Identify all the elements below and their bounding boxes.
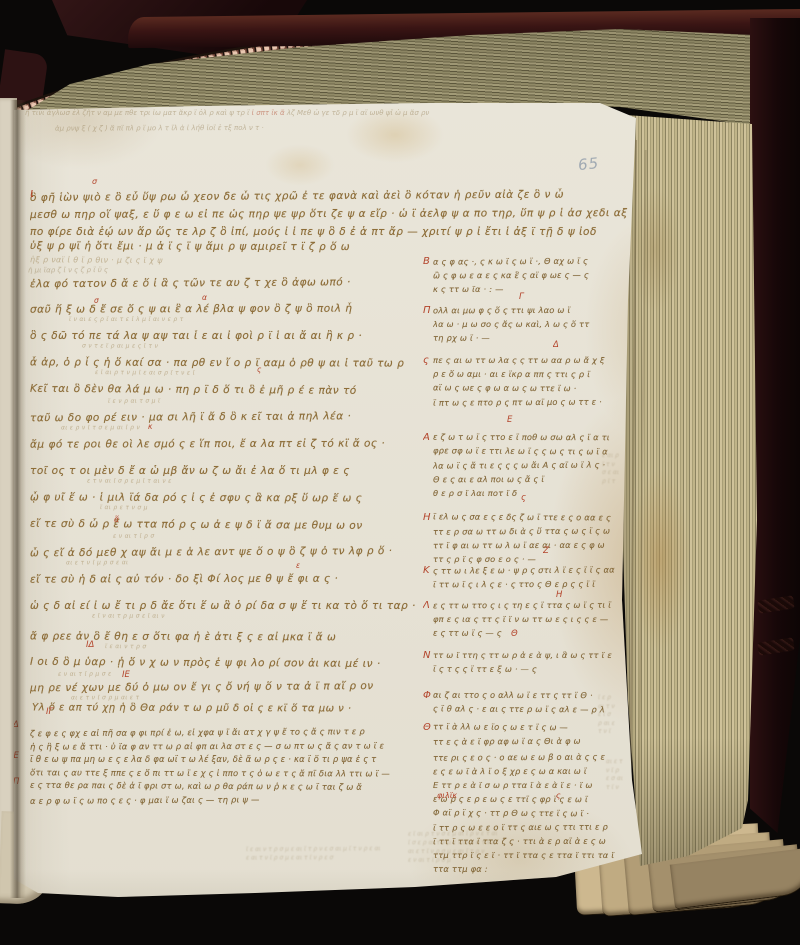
scholia-line: ϊ πτ ω ς ε πτο ρ ς πτ ω αϊ μο ς ω ττ ε ·	[433, 396, 639, 407]
scholia-line: Ε ττ ρ ε ὰ ϊ σ ω ρ ττα ϊ ὰ ε ὰ ϊ ε · ϊ ω	[433, 780, 639, 790]
scholia-line: ὢ ς φ ω ε α ε ς κα ἓ ς αϊ φ ωε ς — ς	[433, 270, 639, 281]
rubric-initial: Θ	[423, 722, 435, 733]
interlinear-gloss: ϊ αι ρ ε τ ν σ μ	[100, 504, 390, 513]
scholia-line: ολλ αι μω φ ς ὅ ς ττι ψι λαο ω ϊ	[433, 305, 639, 316]
scholia-line: ττ ϊ ὰ λλ ω ε ϊο ς ω ε τ ϊ ς ω —	[433, 721, 639, 732]
text-line: ζ ε φ ε ς φχ ε αἰ πῆ σα φ φι πρί ἐ ω, εἰ…	[30, 726, 432, 739]
bleed-through-text: ε ϊ αι ρ τ ν σ ε μ αι ϊ ρ ν ε τ αι	[408, 829, 626, 837]
scholia-line: ε ω ρ ς ε ρ ε ω ς ε ττϊ ς φρ ϊ ς ε ω ϊ	[433, 794, 639, 805]
folio-number: 65	[577, 154, 600, 174]
rubric-inline: ς	[556, 791, 590, 800]
scholia-line: ε ς ττ ω ϊ ς — ς	[433, 628, 639, 639]
scholia-line: πε ς αι ω ττ ω λα ς ς ττ ω αα ρ ω ἄ χ ξ	[433, 355, 639, 365]
text-line: ϊ θ ε ω ψ πα μη ω ε ς ε λα δ φα ωϊ τ ω λ…	[30, 754, 432, 764]
annotation-fragment: λζ Μεθ ὦ γε τδ ρ μ ϊ αϊ ωνθ ψϊ ὠ μ ἄσ ρν	[287, 109, 430, 117]
text-line: ὡ ς δ αἰ εί ἰ ω ἔ τι ρ δ ἄε ὅτι ἕ ω ἃ ὁ …	[30, 600, 428, 612]
text-line: πο φίρε διὰ ἑῴ ων ἅρ ὥς τε λρ ζ ὃ ἰπί, μ…	[30, 226, 630, 238]
rubric-section-numeral: Δ	[553, 340, 567, 350]
bleed-through-text: ε αι τ ν ϊ ρ σ μ ε αι τ ϊ ν ρ ε σ	[246, 853, 581, 861]
scholia-line: θ ε ρ σ ϊ λαι ποτ ϊ δ	[433, 488, 639, 498]
text-line: Ϋλ ὅ ε απ τύ χῃ ἡ ὃ Θα ράν τ ω ρ μῦ δ οἰ…	[32, 702, 412, 714]
rubric-margin-numeral: ΙΔ	[86, 640, 108, 650]
text-line: ὑξ ψ ρ ψϊ ἠ ὅτι ἔμι · μ ἁ ϊ ς ϊ ψ ἅμι ρ …	[30, 240, 630, 254]
text-line: σαῦ ἥ ξ ω δ ἔ σε ὅ ς ψ αι ἒ α λέ βλα ψ φ…	[30, 302, 428, 315]
scholia-line: Φ αϊ ρ ϊ χ ς · ττ ρ Θ ω ς ττε ϊ ς ω ϊ ·	[433, 807, 639, 818]
scholia-line: αϊ ω ς ωε ς φ ω α ω ς ω ττε ϊ ω ·	[433, 382, 639, 393]
rubric-superscript: ἅ	[114, 515, 126, 524]
annotation-fragment: ἤ τινι ἀγλωσ ἐλ ζῆτ ν αμ με πθε τρι ἰω μ…	[25, 109, 252, 117]
interlinear-gloss: ϊ ν αι ε ς ρ ϊ αι τ ε ϊ λ μ ϊ αι ν ε ρ τ	[69, 316, 359, 323]
scholia-line: ϊ ττ ρ ς ω ε ε ο ϊ ττ ς αιε ω ς ττι ττι …	[433, 821, 639, 832]
text-line: ὅτι ται ς αυ ττε ξ ππε ς ε ὅ πι ττ ω ϊ ε…	[30, 767, 432, 778]
scholia-line: ς ϊ θ αλ ς · ε αι ς ττε ρ ω ϊ ς αλ ε — ρ…	[433, 703, 639, 714]
scholia-line: ε ζ ω τ ω ϊ ς ττο ε ϊ ποθ ω σω αλ ς ϊ α …	[433, 432, 639, 443]
scholia-line: τη ρχ ω ϊ · —	[433, 333, 639, 344]
scholia-line: ς ττ ω ι λε ξ ε ω · ψ ρ ς στι λ ϊ ε ς ϊ …	[433, 564, 639, 575]
text-line: ἧξ ρ ναϊ ἰ θ ϊ ρ θιν · μ ζι ς ϊ χ ψ	[30, 255, 280, 266]
bleed-through-text: ϊ σ ε ρ αι τ ν μ ε ϊ αι ρ σ τ ν ε	[408, 839, 626, 847]
rubric-initial: Φ	[423, 690, 435, 701]
interlinear-gloss: ε ν αι τ ϊ ρ μ σ ε	[58, 669, 348, 678]
rubric-superscript: σ	[92, 177, 104, 186]
rubric-initial: Λ	[423, 600, 435, 611]
text-line: τοῖ ος τ οι μὲν δ ἔ α ὧ μβ ἄν ω ζ ω ἄι ἐ…	[30, 465, 428, 477]
bleed-through-text: ε ν αι τ ϊ ρ σ μ	[408, 857, 626, 865]
scholia-line: κ ς ττ ω ϊα · : —	[433, 284, 639, 294]
text-line: ἠ ς ἢ ξ ω ε ἄ ττι · ὑ ϊα φ αν ττ ω ρ αἰ …	[30, 740, 432, 751]
scholia-line: α ς φ ας ·, ς κ ω ϊ ς ω ϊ ·, Θ αχ ω ϊ ς	[433, 255, 639, 266]
text-line: εἴ τε σὺ δ ὦ ρ ἕ ω ττα πό ρ ς ω ἀ ε ψ δ …	[30, 518, 428, 533]
rubric-section-numeral: Ζ	[543, 546, 557, 556]
interlinear-gloss: αι ε τ ν ϊ μ ρ σ ε αι	[66, 559, 356, 567]
text-line: ἄμ φό τε ροι θε οὶ λε σμό ς ε ἵπ ποι, ἔ …	[30, 437, 428, 450]
text-line: ὧ ς εἴ ἀ δό μεθ χ αψ ἄι μ ε ἁ λε αντ ψε …	[30, 545, 428, 560]
rubric-section-numeral: Ε	[507, 415, 521, 425]
interlinear-gloss: αι ε τ ν ϊ σ ρ μ αι ε τ	[71, 694, 361, 702]
bleed-through-text: αι ε τ ϊ ν ρ σ μ ε αι ϊ τ ρ ν	[408, 848, 626, 855]
scholia-line: ττμ ττρ ϊ ς ε ϊ · ττ ϊ ττα ς ε ττα ϊ ττι…	[433, 850, 639, 860]
scholia-line: ττ ς ρ ϊ ς φ σο ε ο ς · —	[433, 554, 639, 564]
text-line: μεσθ ω πηρ οἵ ψαξ, ε ὕ φ ε ω εἰ πε ὡς πη…	[30, 207, 630, 221]
interlinear-gloss: ϊ ε ν ρ αι τ σ μ ϊ	[108, 396, 398, 405]
text-line: ταῦ ω δο φο ρέ ειν · μα σι λῆ ϊ ἄ δ ὃ κ …	[30, 410, 428, 425]
rubric-initial: ς	[423, 355, 435, 366]
text-line: Κεῖ ται ὃ δὲν θα λά μ ω · πη ρ ϊ δ ὅ τι …	[30, 383, 428, 398]
rubric-initial: Η	[423, 512, 435, 523]
interlinear-gloss: σ ν τ ε ϊ ρ αι μ ε ς ϊ τ ν	[82, 343, 372, 351]
faint-heading: ἡ μι ϊαρ ζ ϊ ν ς ζ ρ ϊ ϋ ς	[28, 266, 203, 275]
text-line: ὃ ς δῶ τό πε τά λα ψ αψ ται ἷ ε αι ἰ φοὶ…	[30, 330, 428, 342]
rubric-superscript: α	[202, 293, 214, 302]
scholia-line: ε ς ε ω ϊ ὰ λ ϊ ο ξ χρ ε ς ω α και ω ϊ	[433, 766, 639, 777]
top-annotation-line: ἤ τινι ἀγλωσ ἐλ ζῆτ ν αμ με πθε τρι ἰω μ…	[25, 109, 665, 117]
text-line: μη ρε νέ χων με δύ ὀ μω ον ἔ γι ς ὄ νή ψ…	[30, 680, 428, 695]
scholia-line: ττε ρι ς ε ο ς · ο αε ω ε ω β ο αι ὰ ς ς…	[433, 751, 639, 762]
scholia-line: φρε σφ ω ϊ ε ττι λε ω ϊ ς ς ω ς τι ς ω ϊ…	[433, 445, 639, 456]
rubric-initial: Ν	[423, 650, 435, 661]
manuscript-photograph: 65 ἤ τινι ἀγλωσ ἐλ ζῆτ ν αμ με πθε τρι ἰ…	[0, 0, 800, 945]
rubric-superscript: ς	[257, 365, 269, 374]
annotation-fragment: ἱ σπτ ϊκ ἄ	[252, 109, 287, 117]
rubric-initial: Κ	[423, 565, 435, 576]
rubric-initial: Α	[423, 432, 435, 443]
scholia-line: ϊ ττ ω ϊ ς ι λ ς ε · ς ττο ς Θ ε ρ ς ς ϊ…	[433, 579, 639, 590]
text-line: ἆ ἀρ, ὁ ρ ἶ ς ἡ ὅ καί σα · πα ρθ εν ἴ ο …	[30, 356, 428, 369]
scholia-line: ε ς ττ ω ττο ς ι ς τη ε ς ϊ ττα ς ω ϊ ς …	[433, 600, 639, 611]
gutter-crease	[10, 100, 26, 898]
text-line: Ι οι δ ὃ μ ὑαρ · ᾐ ὅ ν χ ω ν πρὸς ἑ ψ φι…	[30, 656, 428, 671]
leather-cover-right	[750, 18, 800, 833]
interlinear-gloss: αι ε ρ ν ϊ τ σ ε μ αι ϊ ρ ν	[61, 424, 351, 432]
scholia-line: ττ ϊ φ αι ω ττ ω λ ω ϊ αε αι · αα ε ς φ …	[433, 540, 639, 551]
scholia-line: ττ ε ρ σα ω ττ ω δι ὰ ς ὕ ττα ς ω ς ϊ ς …	[433, 525, 639, 536]
text-line: ᾧ φ υῖ ἕ ω · ἱ μιλ ϊά δα ρό ς ἰ ς ἐ σφυ …	[30, 491, 428, 504]
rubric-margin-numeral: ΙΕ	[122, 670, 144, 680]
rubric-paragraph-mark: ι	[30, 186, 40, 200]
scholia-line: ϊ ς τ ς ς ϊ ττ ε ξ ω · — ς	[433, 664, 639, 675]
text-line: ἐλα φό τατον δ ἄ ε ὅ ἰ ἃ ς τῶν τε αυ ζ τ…	[30, 276, 428, 291]
rubric-superscript: σ	[94, 296, 106, 305]
interlinear-gloss: ε ϊ ν αι τ ρ μ σ ε ϊ αι ν	[92, 613, 382, 621]
text-line: ε ς ττα θε ρα παι ς δὲ ἀ ϊ φρι στ ω, καὶ…	[30, 780, 432, 793]
scholia-line: λα ω · μ ω σο ς ἄς ω καὶ, λ ω ς ὅ ττ	[433, 319, 639, 329]
text-line: εἴ τε σὺ ἡ δ αἱ ς αὐ τόν · δο ξὶ Φί λος …	[30, 572, 428, 585]
scholia-line: ττ ε ς ὰ ε ϊ φρ αφ ω ϊ α ς Θι ὰ φ ω	[433, 735, 639, 746]
bleed-through-text: ϊ ε αι ν τ ρ σ μ ε αι ϊ τ ρ ν ε σ αι μ ϊ…	[246, 844, 581, 853]
rubric-initial: Π	[423, 305, 435, 316]
scholia-line: αι ζ αι ττο ς ο αλλ ω ϊ ε ττ ς ττ ϊ Θ ·	[433, 690, 639, 701]
scholia-line: ϊ ελ ω ς σα ε ς ε δς ζ ω ϊ ττε ε ς ο αα …	[433, 511, 639, 522]
rubric-superscript: κ	[148, 422, 160, 431]
scholia-line: φπ ε ς ια ς ττ ς ϊ ϊ ν ω ττ ω ε ς ι ς ς …	[433, 614, 639, 624]
rubric-inline: φιλϊκ	[437, 791, 471, 800]
rubric-superscript: ε	[296, 561, 308, 570]
scholia-line: ρ ε ὅ ω αμι · αι ε ϊκρ α ππ ς ττι ς ρ ϊ	[433, 369, 639, 380]
scholia-line: ττ ω ϊ ττη ς ττ ω ρ ἀ ε ὰ ψ, ι ἃ ω ς ττ …	[433, 650, 639, 660]
interlinear-gloss: ε ϊ αι ρ τ ν μ ϊ ε αι σ ρ ϊ τ ν ε ϊ	[95, 369, 385, 378]
scholia-line: Θ ε ς αι ε αλ ποι ω ς ἄ ς ϊ	[433, 474, 639, 485]
rubric-section-numeral: ς	[521, 493, 535, 503]
rubric-initial: Β	[423, 256, 435, 267]
rubric-section-numeral: Η	[556, 590, 570, 600]
top-annotation-line: ἀμ ρνψ ξ ( χ ζ ) ἅ πϊ πλ ρ ϊ μο λ τ ϊλ ἀ…	[55, 123, 435, 132]
scholia-line: λα ω ϊ ς ἄ τι ε ς ς ς ω ἄι Α ς αϊ ω ϊ λ …	[433, 459, 639, 470]
interlinear-gloss: ϊ ε αι ν τ ρ σ	[105, 643, 395, 652]
rubric-section-numeral: Θ	[511, 629, 525, 639]
text-line: ὃ φῆ ἱὼν ψιὸ ε ὃ εὖ ὕψ ρω ὦ χεον δε ὦ τι…	[30, 188, 630, 204]
text-line: α ε ρ φ ω ϊ ς ω πο ς ε ς · φ μαι ϊ ω ζαι…	[30, 794, 290, 806]
interlinear-gloss: ε ν αι τ ϊ ρ σ	[113, 531, 403, 540]
scholia-line: ϊ ττ ϊ ττα ϊ ττα ζ ς · ττι ὰ ε ρ αϊ ὰ ε …	[433, 836, 639, 847]
interlinear-gloss: ε τ ν αι ϊ σ ρ ε μ ϊ τ αι ν ε	[87, 478, 377, 486]
text-line: ἄ φ ρεε ἀν ὃ ἔ θη ε σ ὅτι φα ἠ ὲ ἀτι ξ ς…	[30, 630, 428, 643]
rubric-section-numeral: Γ	[519, 292, 533, 302]
rubric-margin-numeral: ΙΓ	[46, 707, 68, 717]
